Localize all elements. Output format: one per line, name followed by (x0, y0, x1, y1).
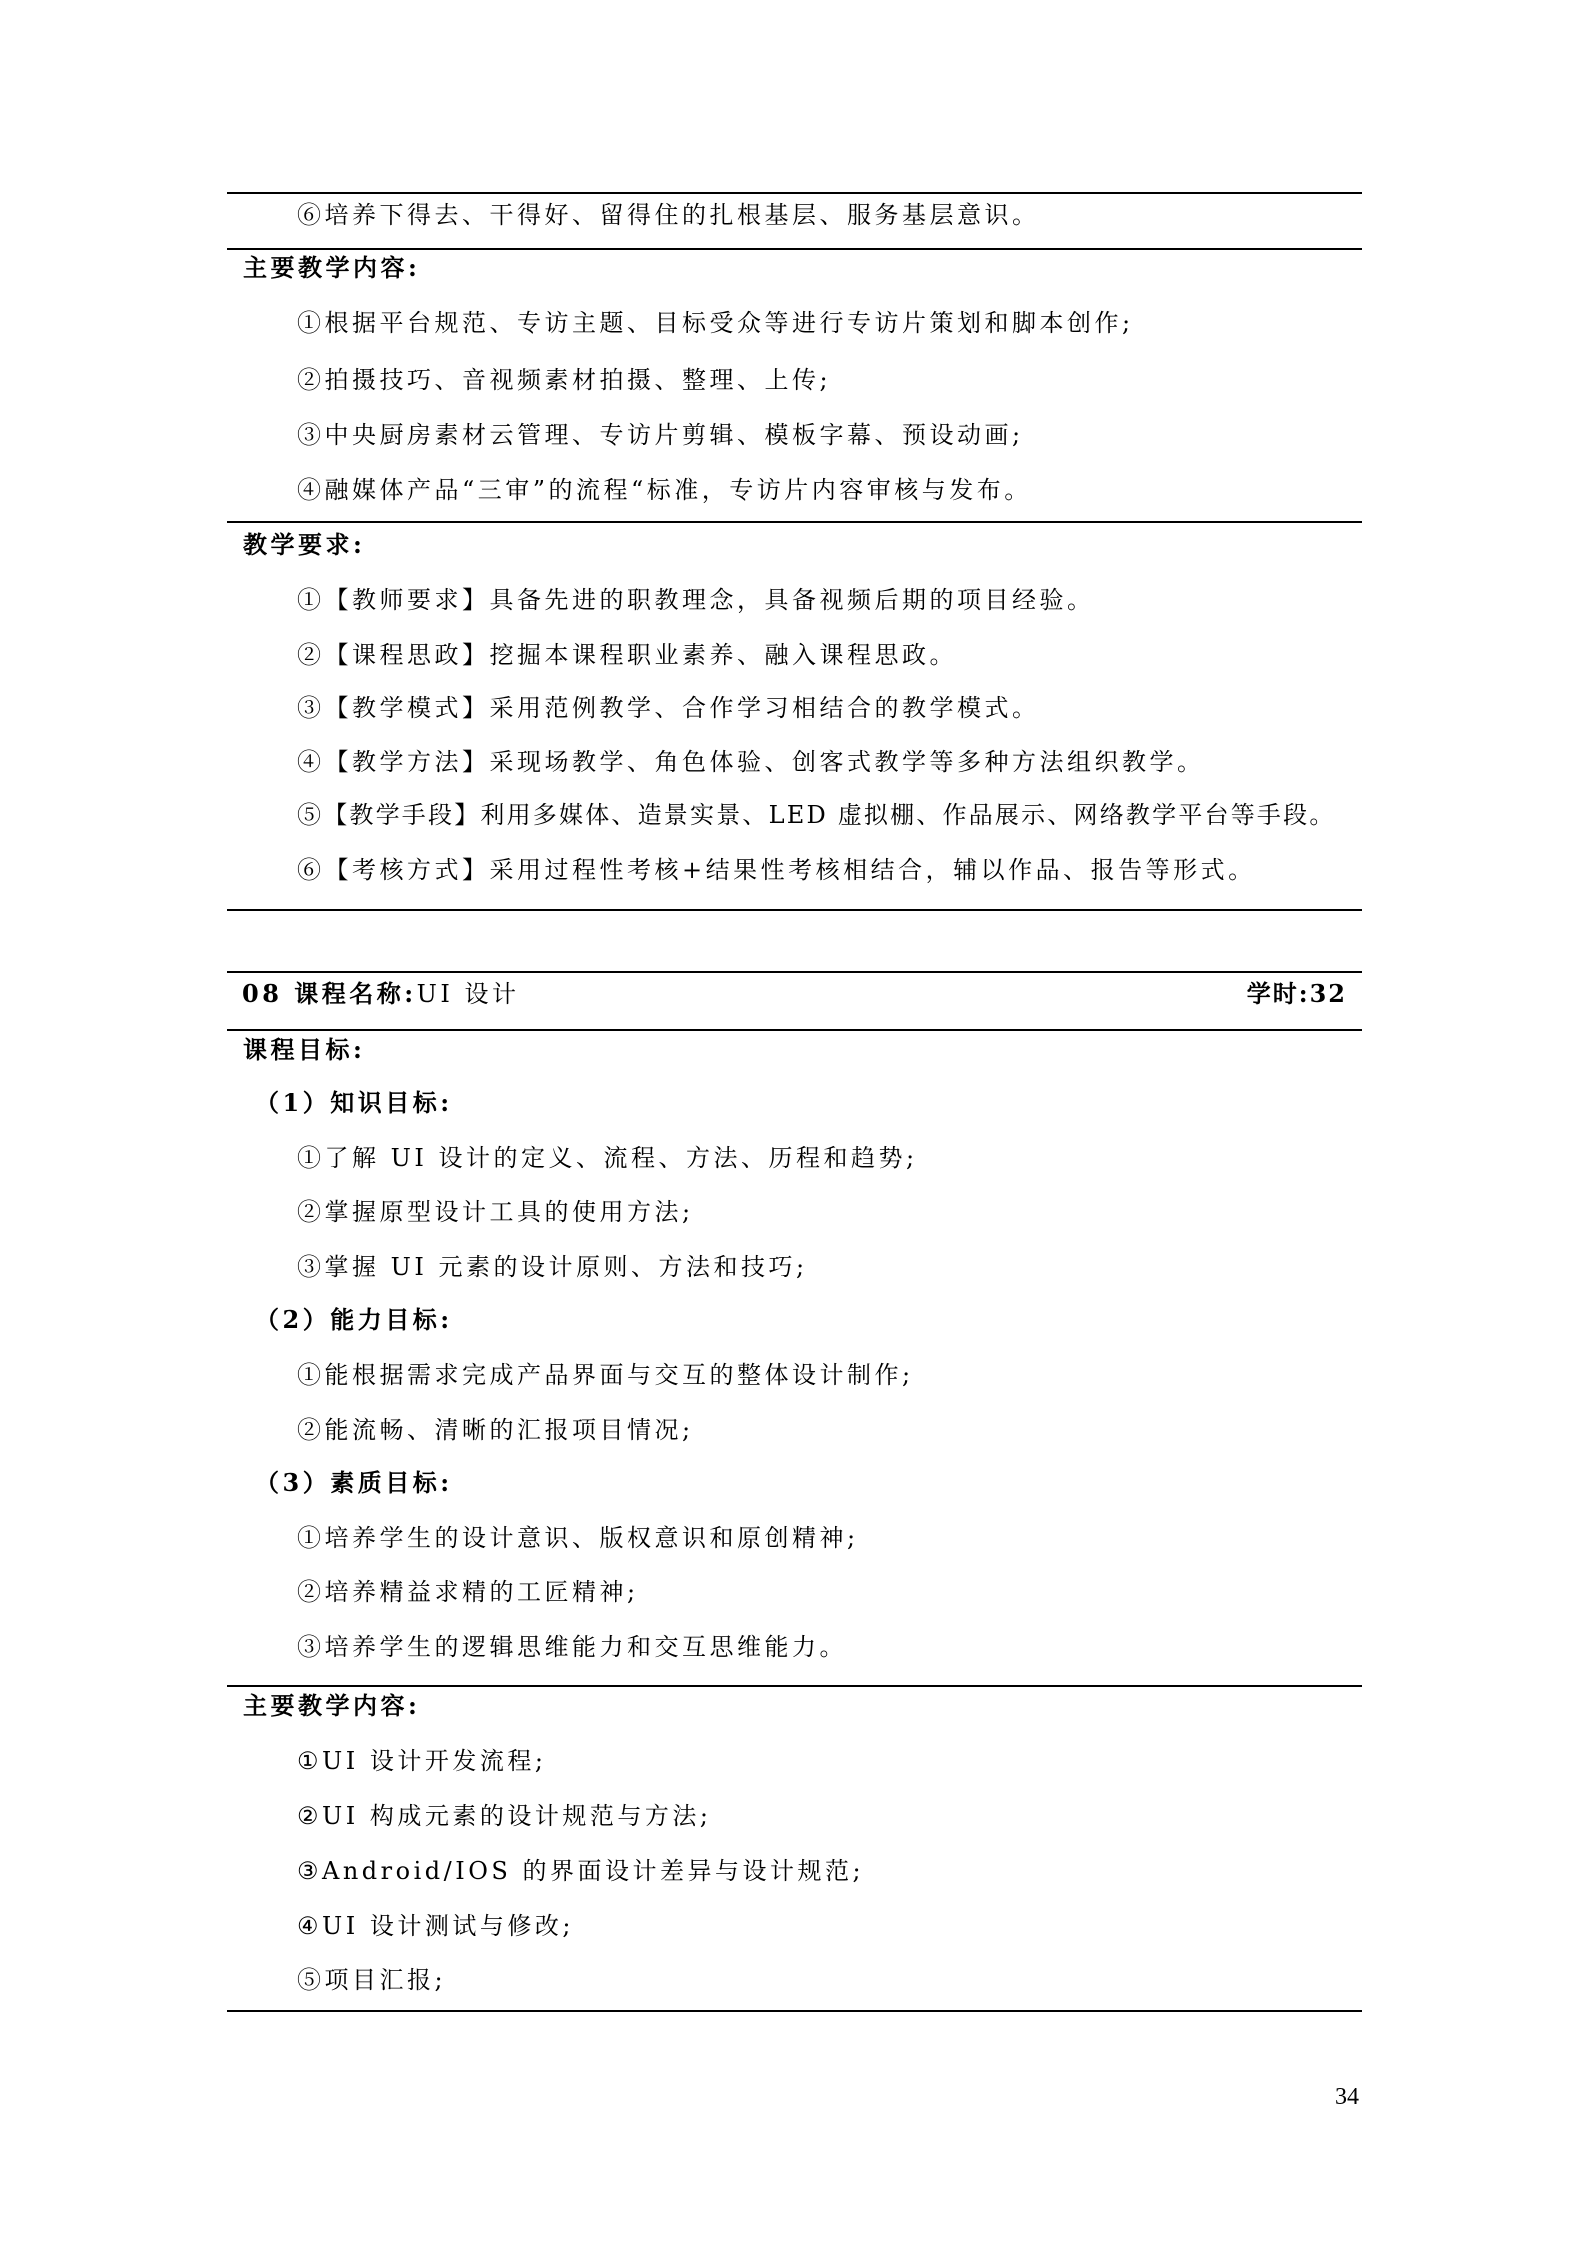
requirement-item: ②【课程思政】挖掘本课程职业素养、融入课程思政。 (297, 640, 957, 670)
requirement-item: ③【教学模式】采用范例教学、合作学习相结合的教学模式。 (297, 693, 1040, 723)
table-bottom-border-1 (227, 909, 1362, 913)
goal-item: ⑥培养下得去、干得好、留得住的扎根基层、服务基层意识。 (297, 200, 1040, 230)
content-item: ③中央厨房素材云管理、专访片剪辑、模板字幕、预设动画; (297, 420, 1024, 450)
row-divider (227, 521, 1362, 523)
course-number-label: 08 课程名称: (242, 979, 417, 1008)
section-heading-content: 主要教学内容: (243, 253, 420, 283)
row-divider (227, 1029, 1362, 1031)
content-item: ①根据平台规范、专访主题、目标受众等进行专访片策划和脚本创作; (297, 308, 1134, 338)
content-item: ③Android/IOS 的界面设计差异与设计规范; (297, 1856, 864, 1886)
table-top-border-2 (227, 971, 1362, 975)
content-item: ②UI 构成元素的设计规范与方法; (297, 1801, 711, 1831)
course-name: UI 设计 (417, 980, 520, 1008)
section-heading-requirements: 教学要求: (243, 530, 365, 560)
course-hours: 学时:32 (1247, 979, 1347, 1009)
subheading-knowledge: （1）知识目标: (255, 1088, 453, 1118)
requirement-item: ①【教师要求】具备先进的职教理念，具备视频后期的项目经验。 (297, 585, 1095, 615)
requirement-item: ④【教学方法】采现场教学、角色体验、创客式教学等多种方法组织教学。 (297, 747, 1205, 777)
page-number: 34 (1335, 2084, 1359, 2111)
content-item: ⑤项目汇报; (297, 1965, 446, 1995)
requirement-item: ⑤【教学手段】利用多媒体、造景实景、LED 虚拟棚、作品展示、网络教学平台等手段… (297, 800, 1336, 830)
section-heading-goals: 课程目标: (243, 1035, 365, 1065)
table-top-border-1 (227, 192, 1362, 196)
subheading-quality: （3）素质目标: (255, 1468, 453, 1498)
section-heading-content: 主要教学内容: (243, 1691, 420, 1721)
content-item: ④融媒体产品“三审”的流程“标准，专访片内容审核与发布。 (297, 475, 1032, 505)
course-title: 08 课程名称:UI 设计 (242, 979, 519, 1009)
goal-item: ②培养精益求精的工匠精神; (297, 1577, 639, 1607)
goal-item: ③掌握 UI 元素的设计原则、方法和技巧; (297, 1252, 808, 1282)
goal-item: ③培养学生的逻辑思维能力和交互思维能力。 (297, 1632, 847, 1662)
goal-item: ②能流畅、清晰的汇报项目情况; (297, 1415, 694, 1445)
goal-item: ①能根据需求完成产品界面与交互的整体设计制作; (297, 1360, 914, 1390)
row-divider (227, 248, 1362, 250)
subheading-ability: （2）能力目标: (255, 1305, 453, 1335)
requirement-item: ⑥【考核方式】采用过程性考核+结果性考核相结合，辅以作品、报告等形式。 (297, 855, 1256, 885)
content-item: ④UI 设计测试与修改; (297, 1911, 574, 1941)
content-item: ②拍摄技巧、音视频素材拍摄、整理、上传; (297, 365, 831, 395)
table-bottom-border-2 (227, 2010, 1362, 2014)
row-divider (227, 1685, 1362, 1687)
goal-item: ①培养学生的设计意识、版权意识和原创精神; (297, 1523, 859, 1553)
content-item: ①UI 设计开发流程; (297, 1746, 546, 1776)
goal-item: ②掌握原型设计工具的使用方法; (297, 1197, 694, 1227)
goal-item: ①了解 UI 设计的定义、流程、方法、历程和趋势; (297, 1143, 918, 1173)
